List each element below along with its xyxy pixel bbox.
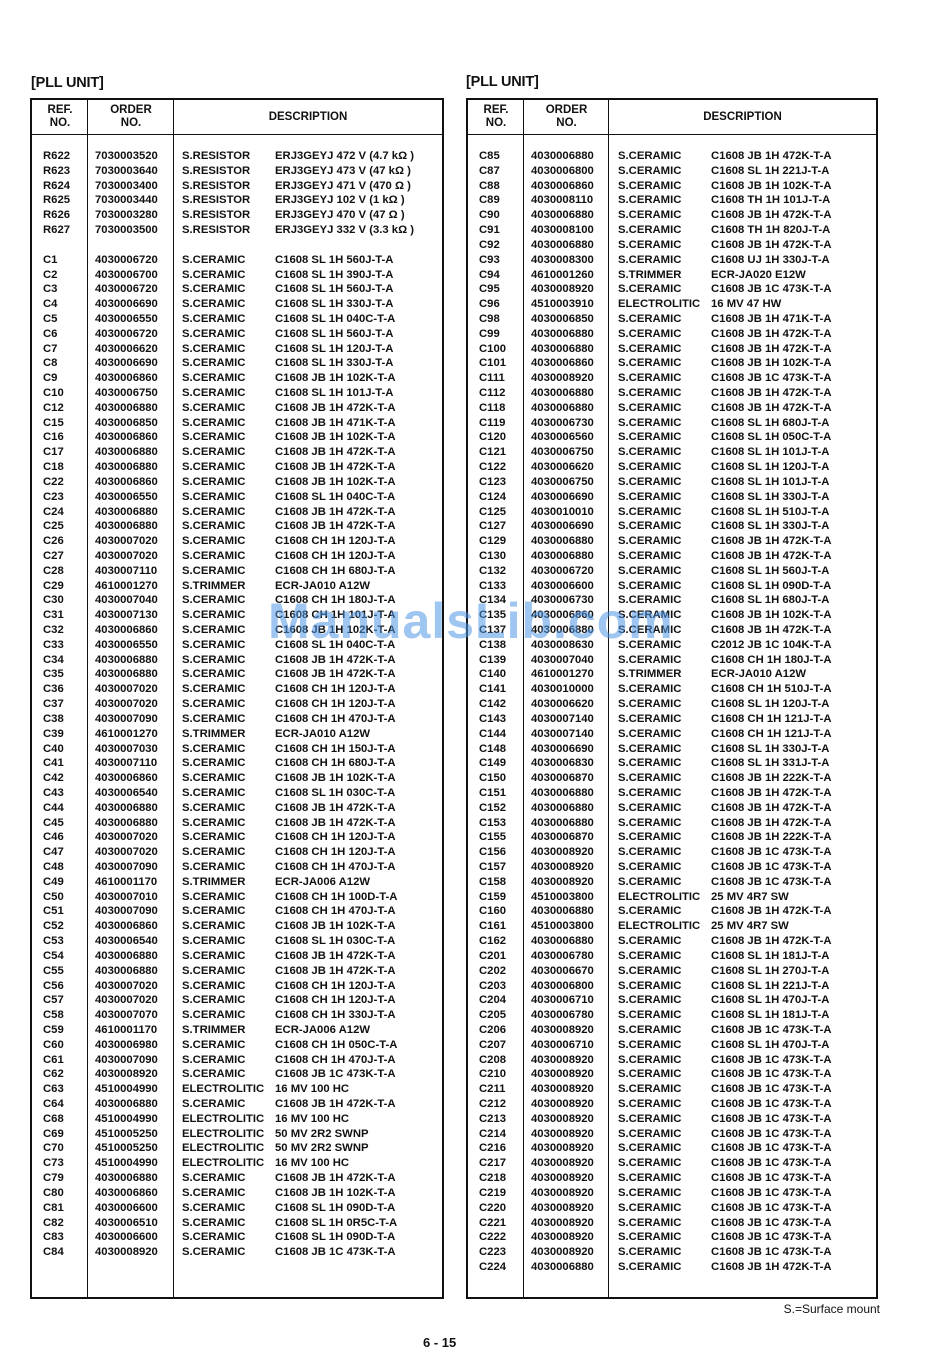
table-row: C2034030006800S.CERAMICC1608 SL 1H 221J-… xyxy=(468,979,876,994)
part-description: C1608 CH 1H 101J-T-A xyxy=(275,608,396,623)
part-description: ERJ3GEYJ 332 V (3.3 kΩ ) xyxy=(275,223,414,238)
order-no: 4030007070 xyxy=(95,1008,158,1023)
ref-no: C101 xyxy=(479,356,506,371)
part-type: S.CERAMIC xyxy=(618,1127,681,1142)
order-no: 4030006880 xyxy=(95,964,158,979)
ref-no: C27 xyxy=(43,549,64,564)
left-section-title: [PLL UNIT] xyxy=(31,75,104,91)
ref-no: C33 xyxy=(43,638,64,653)
description-header: DESCRIPTION xyxy=(174,100,442,134)
ref-no: C213 xyxy=(479,1112,506,1127)
ref-no: C151 xyxy=(479,786,506,801)
order-no: 4610001260 xyxy=(531,268,594,283)
part-type: S.CERAMIC xyxy=(182,1067,245,1082)
order-no: 4030006870 xyxy=(531,771,594,786)
part-description: C1608 JB 1H 472K-T-A xyxy=(275,460,396,475)
part-type: S.CERAMIC xyxy=(182,697,245,712)
ref-no: C129 xyxy=(479,534,506,549)
part-description: ECR-JA010 A12W xyxy=(711,667,806,682)
part-description: C1608 JB 1C 473K-T-A xyxy=(711,1186,832,1201)
order-no: 4030006620 xyxy=(531,697,594,712)
order-no: 7030003520 xyxy=(95,149,158,164)
order-no: 4030008920 xyxy=(531,371,594,386)
ref-no: C138 xyxy=(479,638,506,653)
order-no: 4610001270 xyxy=(531,667,594,682)
part-type: S.CERAMIC xyxy=(618,697,681,712)
part-description: C1608 JB 1H 472K-T-A xyxy=(275,653,396,668)
table-row: C564030007020S.CERAMICC1608 CH 1H 120J-T… xyxy=(32,979,442,994)
part-description: C1608 JB 1C 473K-T-A xyxy=(711,282,832,297)
ref-no: C50 xyxy=(43,890,64,905)
part-type: S.CERAMIC xyxy=(618,623,681,638)
part-type: S.CERAMIC xyxy=(618,593,681,608)
part-type: S.CERAMIC xyxy=(618,253,681,268)
ref-no: C54 xyxy=(43,949,64,964)
table-row: C2124030008920S.CERAMICC1608 JB 1C 473K-… xyxy=(468,1097,876,1112)
order-no: 4030008920 xyxy=(531,1112,594,1127)
part-description: C1608 JB 1H 222K-T-A xyxy=(711,830,832,845)
header-divider xyxy=(468,134,876,135)
table-row: C934030008300S.CERAMICC1608 UJ 1H 330J-T… xyxy=(468,253,876,268)
part-description: C1608 JB 1C 473K-T-A xyxy=(711,1201,832,1216)
part-type: S.RESISTOR xyxy=(182,193,250,208)
part-description: C1608 JB 1H 102K-T-A xyxy=(275,1186,396,1201)
ref-no: C127 xyxy=(479,519,506,534)
ref-no: C5 xyxy=(43,312,57,327)
order-no: 4030006550 xyxy=(95,312,158,327)
table-row: C1424030006620S.CERAMICC1608 SL 1H 120J-… xyxy=(468,697,876,712)
part-type: S.CERAMIC xyxy=(182,712,245,727)
right-section-title: [PLL UNIT] xyxy=(466,74,539,90)
part-description: ERJ3GEYJ 473 V (47 kΩ ) xyxy=(275,164,411,179)
ref-no: C118 xyxy=(479,401,505,416)
table-row: C504030007010S.CERAMICC1608 CH 1H 100D-T… xyxy=(32,890,442,905)
order-no: 4030006690 xyxy=(531,742,594,757)
ref-no: C162 xyxy=(479,934,506,949)
part-type: S.CERAMIC xyxy=(618,430,681,445)
order-no-header: ORDERNO. xyxy=(88,100,174,134)
table-row: C484030007090S.CERAMICC1608 CH 1H 470J-T… xyxy=(32,860,442,875)
part-type: S.CERAMIC xyxy=(182,268,245,283)
ref-no: C94 xyxy=(479,268,500,283)
ref-no: C41 xyxy=(43,756,64,771)
part-description: ECR-JA006 A12W xyxy=(275,875,370,890)
part-type: S.CERAMIC xyxy=(618,519,681,534)
ref-no: C10 xyxy=(43,386,64,401)
table-row: C794030006880S.CERAMICC1608 JB 1H 472K-T… xyxy=(32,1171,442,1186)
order-no: 4030008920 xyxy=(531,1127,594,1142)
order-no: 4030007020 xyxy=(95,534,158,549)
order-no: 4030006880 xyxy=(95,505,158,520)
part-type: S.CERAMIC xyxy=(618,1082,681,1097)
part-description: C1608 CH 1H 470J-T-A xyxy=(275,904,396,919)
order-no: 7030003640 xyxy=(95,164,158,179)
part-description: C1608 JB 1H 472K-T-A xyxy=(711,238,832,253)
ref-no: C40 xyxy=(43,742,64,757)
ref-no: C57 xyxy=(43,993,64,1008)
order-no: 4030007020 xyxy=(95,993,158,1008)
ref-no: C38 xyxy=(43,712,64,727)
table-row: C594610001170S.TRIMMERECR-JA006 A12W xyxy=(32,1023,442,1038)
part-description: ERJ3GEYJ 470 V (47 Ω ) xyxy=(275,208,405,223)
part-description: C1608 TH 1H 101J-T-A xyxy=(711,193,830,208)
table-row: C1004030006880S.CERAMICC1608 JB 1H 472K-… xyxy=(468,342,876,357)
part-type: S.CERAMIC xyxy=(618,979,681,994)
table-row: C44030006690S.CERAMICC1608 SL 1H 330J-T-… xyxy=(32,297,442,312)
table-row: C2194030008920S.CERAMICC1608 JB 1C 473K-… xyxy=(468,1186,876,1201)
order-no: 4030006710 xyxy=(531,993,594,1008)
ref-no: C159 xyxy=(479,890,506,905)
part-type: S.CERAMIC xyxy=(182,297,245,312)
table-row: C984030006850S.CERAMICC1608 JB 1H 471K-T… xyxy=(468,312,876,327)
order-no: 4030010010 xyxy=(531,505,594,520)
ref-no: C149 xyxy=(479,756,506,771)
table-row: C2074030006710S.CERAMICC1608 SL 1H 470J-… xyxy=(468,1038,876,1053)
part-description: C1608 JB 1C 473K-T-A xyxy=(711,1171,832,1186)
order-no: 4030006880 xyxy=(531,816,594,831)
table-row: C994030006880S.CERAMICC1608 JB 1H 472K-T… xyxy=(468,327,876,342)
part-description: C1608 CH 1H 100D-T-A xyxy=(275,890,397,905)
order-no: 4030006690 xyxy=(95,356,158,371)
order-no: 4030006880 xyxy=(531,327,594,342)
table-row: C2144030008920S.CERAMICC1608 JB 1C 473K-… xyxy=(468,1127,876,1142)
part-description: C1608 SL 1H 560J-T-A xyxy=(275,253,393,268)
ref-no: C35 xyxy=(43,667,64,682)
order-no: 4030006880 xyxy=(531,401,594,416)
part-description: C1608 CH 1H 680J-T-A xyxy=(275,564,396,579)
table-row: C694510005250ELECTROLITIC50 MV 2R2 SWNP xyxy=(32,1127,442,1142)
surface-mount-footnote: S.=Surface mount xyxy=(784,1302,880,1316)
part-type: S.CERAMIC xyxy=(618,727,681,742)
part-description: C1608 JB 1C 473K-T-A xyxy=(711,1230,832,1245)
part-type: S.CERAMIC xyxy=(182,519,245,534)
part-type: S.TRIMMER xyxy=(182,727,245,742)
part-type: S.TRIMMER xyxy=(182,1023,245,1038)
part-description: C1608 SL 1H 101J-T-A xyxy=(275,386,393,401)
table-row: C424030006860S.CERAMICC1608 JB 1H 102K-T… xyxy=(32,771,442,786)
part-description: C1608 JB 1H 472K-T-A xyxy=(275,445,396,460)
order-no: 4030007020 xyxy=(95,979,158,994)
table-row: C1594510003800ELECTROLITIC25 MV 4R7 SW xyxy=(468,890,876,905)
order-no: 4030007110 xyxy=(95,564,157,579)
ref-no: C161 xyxy=(479,919,506,934)
order-no: 4030006880 xyxy=(95,949,158,964)
part-description: C1608 CH 1H 680J-T-A xyxy=(275,756,396,771)
order-no: 4030006850 xyxy=(531,312,594,327)
order-no: 4510004990 xyxy=(95,1156,158,1171)
order-no: 4030008920 xyxy=(531,1082,594,1097)
part-type: S.CERAMIC xyxy=(618,416,681,431)
part-type: S.CERAMIC xyxy=(618,653,681,668)
part-type: S.CERAMIC xyxy=(182,993,245,1008)
order-no: 4030006880 xyxy=(95,445,158,460)
table-row: C1504030006870S.CERAMICC1608 JB 1H 222K-… xyxy=(468,771,876,786)
part-description: C1608 CH 1H 470J-T-A xyxy=(275,712,396,727)
ref-no: C120 xyxy=(479,430,506,445)
part-type: S.CERAMIC xyxy=(618,238,681,253)
table-row: C1114030008920S.CERAMICC1608 JB 1C 473K-… xyxy=(468,371,876,386)
part-description: C1608 JB 1H 472K-T-A xyxy=(711,904,832,919)
table-row: C1234030006750S.CERAMICC1608 SL 1H 101J-… xyxy=(468,475,876,490)
ref-no: C28 xyxy=(43,564,64,579)
part-type: S.CERAMIC xyxy=(618,712,681,727)
part-description: C1608 JB 1C 473K-T-A xyxy=(711,1127,832,1142)
table-row: C404030007030S.CERAMICC1608 CH 1H 150J-T… xyxy=(32,742,442,757)
table-row: C1484030006690S.CERAMICC1608 SL 1H 330J-… xyxy=(468,742,876,757)
table-row: C1554030006870S.CERAMICC1608 JB 1H 222K-… xyxy=(468,830,876,845)
part-type: S.RESISTOR xyxy=(182,208,250,223)
table-row: C1494030006830S.CERAMICC1608 SL 1H 331J-… xyxy=(468,756,876,771)
order-no: 4030006750 xyxy=(95,386,158,401)
order-no: 4030007030 xyxy=(95,742,158,757)
order-no: 4510003800 xyxy=(531,919,594,934)
ref-no: C217 xyxy=(479,1156,506,1171)
part-type: S.CERAMIC xyxy=(182,416,245,431)
table-row: C454030006880S.CERAMICC1608 JB 1H 472K-T… xyxy=(32,816,442,831)
order-no: 4030007090 xyxy=(95,860,158,875)
ref-no: C59 xyxy=(43,1023,64,1038)
table-row: C394610001270S.TRIMMERECR-JA010 A12W xyxy=(32,727,442,742)
ref-no: C204 xyxy=(479,993,506,1008)
part-description: C1608 JB 1H 472K-T-A xyxy=(711,623,832,638)
order-no: 4030008920 xyxy=(531,1201,594,1216)
table-row: C924030006880S.CERAMICC1608 JB 1H 472K-T… xyxy=(468,238,876,253)
part-description: C1608 SL 1H 101J-T-A xyxy=(711,475,829,490)
ref-no: C16 xyxy=(43,430,64,445)
part-description: C1608 JB 1H 472K-T-A xyxy=(275,519,396,534)
order-no: 4030008630 xyxy=(531,638,594,653)
order-no: 7030003440 xyxy=(95,193,158,208)
part-type: S.CERAMIC xyxy=(182,401,245,416)
part-type: S.CERAMIC xyxy=(618,549,681,564)
table-row: R6247030003400S.RESISTORERJ3GEYJ 471 V (… xyxy=(32,179,442,194)
table-row: C434030006540S.CERAMICC1608 SL 1H 030C-T… xyxy=(32,786,442,801)
order-no: 4030006880 xyxy=(531,786,594,801)
ref-no: C208 xyxy=(479,1053,506,1068)
part-description: 16 MV 100 HC xyxy=(275,1082,349,1097)
part-description: 16 MV 47 HW xyxy=(711,297,781,312)
part-description: C1608 SL 1H 050C-T-A xyxy=(711,430,831,445)
part-type: S.CERAMIC xyxy=(182,816,245,831)
order-no: 4030007020 xyxy=(95,549,158,564)
part-type: ELECTROLITIC xyxy=(182,1141,264,1156)
table-row: C2214030008920S.CERAMICC1608 JB 1C 473K-… xyxy=(468,1216,876,1231)
table-row: C1394030007040S.CERAMICC1608 CH 1H 180J-… xyxy=(468,653,876,668)
order-no: 4030006880 xyxy=(95,816,158,831)
ref-no: C15 xyxy=(43,416,64,431)
order-no: 4030008920 xyxy=(95,1067,158,1082)
ref-no: C156 xyxy=(479,845,506,860)
order-no: 4030007090 xyxy=(95,712,158,727)
table-row: C1294030006880S.CERAMICC1608 JB 1H 472K-… xyxy=(468,534,876,549)
part-description: C1608 SL 1H 0R5C-T-A xyxy=(275,1216,397,1231)
order-no: 4030008920 xyxy=(531,282,594,297)
table-row: C684510004990ELECTROLITIC16 MV 100 HC xyxy=(32,1112,442,1127)
part-description: C1608 SL 1H 330J-T-A xyxy=(711,519,829,534)
part-type: S.CERAMIC xyxy=(182,756,245,771)
order-no: 4030006720 xyxy=(95,282,158,297)
table-row: C2104030008920S.CERAMICC1608 JB 1C 473K-… xyxy=(468,1067,876,1082)
part-type: S.CERAMIC xyxy=(182,682,245,697)
part-type: S.CERAMIC xyxy=(618,475,681,490)
order-no: 4030006750 xyxy=(531,475,594,490)
ref-no: C141 xyxy=(479,682,506,697)
ref-no: C8 xyxy=(43,356,57,371)
ref-no: C135 xyxy=(479,608,506,623)
ref-no: C36 xyxy=(43,682,64,697)
part-description: C1608 JB 1H 471K-T-A xyxy=(275,416,396,431)
ref-no: C30 xyxy=(43,593,64,608)
ref-no: C64 xyxy=(43,1097,64,1112)
part-type: S.CERAMIC xyxy=(182,964,245,979)
ref-no: C42 xyxy=(43,771,64,786)
part-description: C1608 JB 1H 472K-T-A xyxy=(711,208,832,223)
part-type: S.CERAMIC xyxy=(618,934,681,949)
order-no: 4510003800 xyxy=(531,890,594,905)
order-no: 4030007020 xyxy=(95,682,158,697)
ref-no: C100 xyxy=(479,342,506,357)
part-type: S.CERAMIC xyxy=(618,1186,681,1201)
part-description: 16 MV 100 HC xyxy=(275,1112,349,1127)
order-no: 4030008920 xyxy=(95,1245,158,1260)
part-type: S.CERAMIC xyxy=(618,460,681,475)
ref-no: C90 xyxy=(479,208,500,223)
table-row: C74030006620S.CERAMICC1608 SL 1H 120J-T-… xyxy=(32,342,442,357)
order-no: 4510005250 xyxy=(95,1127,158,1142)
order-no: 4030008920 xyxy=(531,1171,594,1186)
order-no: 4030006860 xyxy=(95,919,158,934)
part-type: S.RESISTOR xyxy=(182,223,250,238)
ref-no: C93 xyxy=(479,253,500,268)
order-no: 4030006880 xyxy=(95,667,158,682)
part-type: S.CERAMIC xyxy=(182,475,245,490)
part-type: S.CERAMIC xyxy=(182,342,245,357)
table-row: C384030007090S.CERAMICC1608 CH 1H 470J-T… xyxy=(32,712,442,727)
ref-no: C69 xyxy=(43,1127,64,1142)
part-description: C1608 SL 1H 331J-T-A xyxy=(711,756,829,771)
part-description: C1608 CH 1H 120J-T-A xyxy=(275,697,396,712)
order-no: 4030008920 xyxy=(531,1053,594,1068)
table-row: C944610001260S.TRIMMERECR-JA020 E12W xyxy=(468,268,876,283)
part-description: C1608 CH 1H 120J-T-A xyxy=(275,993,396,1008)
table-row: C2164030008920S.CERAMICC1608 JB 1C 473K-… xyxy=(468,1141,876,1156)
header-divider xyxy=(32,134,442,135)
ref-no: C210 xyxy=(479,1067,506,1082)
ref-no: C221 xyxy=(479,1216,506,1231)
ref-no: R625 xyxy=(43,193,70,208)
table-row: C464030007020S.CERAMICC1608 CH 1H 120J-T… xyxy=(32,830,442,845)
ref-no: C206 xyxy=(479,1023,506,1038)
part-type: S.CERAMIC xyxy=(182,593,245,608)
order-no: 4030006510 xyxy=(95,1216,158,1231)
part-type: S.CERAMIC xyxy=(182,623,245,638)
ref-no: C24 xyxy=(43,505,64,520)
order-no: 4030008920 xyxy=(531,1216,594,1231)
part-description: C1608 CH 1H 120J-T-A xyxy=(275,830,396,845)
table-row: C554030006880S.CERAMICC1608 JB 1H 472K-T… xyxy=(32,964,442,979)
part-type: S.CERAMIC xyxy=(182,638,245,653)
part-type: S.CERAMIC xyxy=(618,1067,681,1082)
part-description: C1608 CH 1H 470J-T-A xyxy=(275,1053,396,1068)
table-row: R6257030003440S.RESISTORERJ3GEYJ 102 V (… xyxy=(32,193,442,208)
order-no: 4030006620 xyxy=(95,342,158,357)
table-row: C1414030010000S.CERAMICC1608 CH 1H 510J-… xyxy=(468,682,876,697)
table-row: R6267030003280S.RESISTORERJ3GEYJ 470 V (… xyxy=(32,208,442,223)
table-row: C354030006880S.CERAMICC1608 JB 1H 472K-T… xyxy=(32,667,442,682)
order-no: 4030006880 xyxy=(531,801,594,816)
table-row: C2064030008920S.CERAMICC1608 JB 1C 473K-… xyxy=(468,1023,876,1038)
ref-no: C224 xyxy=(479,1260,506,1275)
ref-no: C32 xyxy=(43,623,64,638)
part-type: S.CERAMIC xyxy=(182,1171,245,1186)
table-row: C1584030008920S.CERAMICC1608 JB 1C 473K-… xyxy=(468,875,876,890)
order-no: 4030006880 xyxy=(95,519,158,534)
part-description: C1608 JB 1H 472K-T-A xyxy=(711,934,832,949)
part-description: 50 MV 2R2 SWNP xyxy=(275,1127,369,1142)
part-description: C1608 SL 1H 470J-T-A xyxy=(711,993,829,1008)
order-no: 4030006880 xyxy=(531,534,594,549)
order-no: 4030008920 xyxy=(531,1230,594,1245)
ref-no: C134 xyxy=(479,593,506,608)
ref-no: C85 xyxy=(479,149,500,164)
part-type: S.CERAMIC xyxy=(618,208,681,223)
table-row: C164030006860S.CERAMICC1608 JB 1H 102K-T… xyxy=(32,430,442,445)
order-no: 4030006880 xyxy=(95,401,158,416)
ref-no: C130 xyxy=(479,549,506,564)
part-type: S.CERAMIC xyxy=(618,282,681,297)
part-description: C1608 SL 1H 040C-T-A xyxy=(275,490,395,505)
ref-no: C48 xyxy=(43,860,64,875)
description-header: DESCRIPTION xyxy=(609,100,876,134)
part-type: S.RESISTOR xyxy=(182,164,250,179)
ref-no: C153 xyxy=(479,816,506,831)
table-row: C154030006850S.CERAMICC1608 JB 1H 471K-T… xyxy=(32,416,442,431)
part-type: S.CERAMIC xyxy=(618,1053,681,1068)
table-row: C234030006550S.CERAMICC1608 SL 1H 040C-T… xyxy=(32,490,442,505)
part-description: ECR-JA010 A12W xyxy=(275,579,370,594)
table-row: C2014030006780S.CERAMICC1608 SL 1H 181J-… xyxy=(468,949,876,964)
part-type: S.CERAMIC xyxy=(618,386,681,401)
part-type: S.CERAMIC xyxy=(618,1230,681,1245)
part-type: S.CERAMIC xyxy=(182,979,245,994)
table-row: C514030007090S.CERAMICC1608 CH 1H 470J-T… xyxy=(32,904,442,919)
part-description: C1608 JB 1H 472K-T-A xyxy=(711,816,832,831)
part-type: S.CERAMIC xyxy=(618,1112,681,1127)
table-row: C1324030006720S.CERAMICC1608 SL 1H 560J-… xyxy=(468,564,876,579)
table-row: C324030006860S.CERAMICC1608 JB 1H 102K-T… xyxy=(32,623,442,638)
ref-no: C87 xyxy=(479,164,500,179)
part-description: C1608 JB 1H 102K-T-A xyxy=(275,371,396,386)
order-no: 4030006860 xyxy=(95,1186,158,1201)
order-no: 4030008920 xyxy=(531,1097,594,1112)
order-no: 4030006600 xyxy=(95,1201,158,1216)
order-no: 4030006880 xyxy=(531,238,594,253)
part-description: C1608 TH 1H 820J-T-A xyxy=(711,223,830,238)
table-row: C614030007090S.CERAMICC1608 CH 1H 470J-T… xyxy=(32,1053,442,1068)
part-description: C1608 CH 1H 120J-T-A xyxy=(275,682,396,697)
order-no: 4030006880 xyxy=(531,904,594,919)
ref-no: C29 xyxy=(43,579,64,594)
table-row: C124030006880S.CERAMICC1608 JB 1H 472K-T… xyxy=(32,401,442,416)
part-type: S.CERAMIC xyxy=(618,860,681,875)
part-type: S.CERAMIC xyxy=(618,371,681,386)
ref-no: R624 xyxy=(43,179,70,194)
ref-no: C158 xyxy=(479,875,506,890)
table-row: C224030006860S.CERAMICC1608 JB 1H 102K-T… xyxy=(32,475,442,490)
part-description: C1608 SL 1H 330J-T-A xyxy=(275,356,393,371)
table-row: C954030008920S.CERAMICC1608 JB 1C 473K-T… xyxy=(468,282,876,297)
order-no: 4510005250 xyxy=(95,1141,158,1156)
